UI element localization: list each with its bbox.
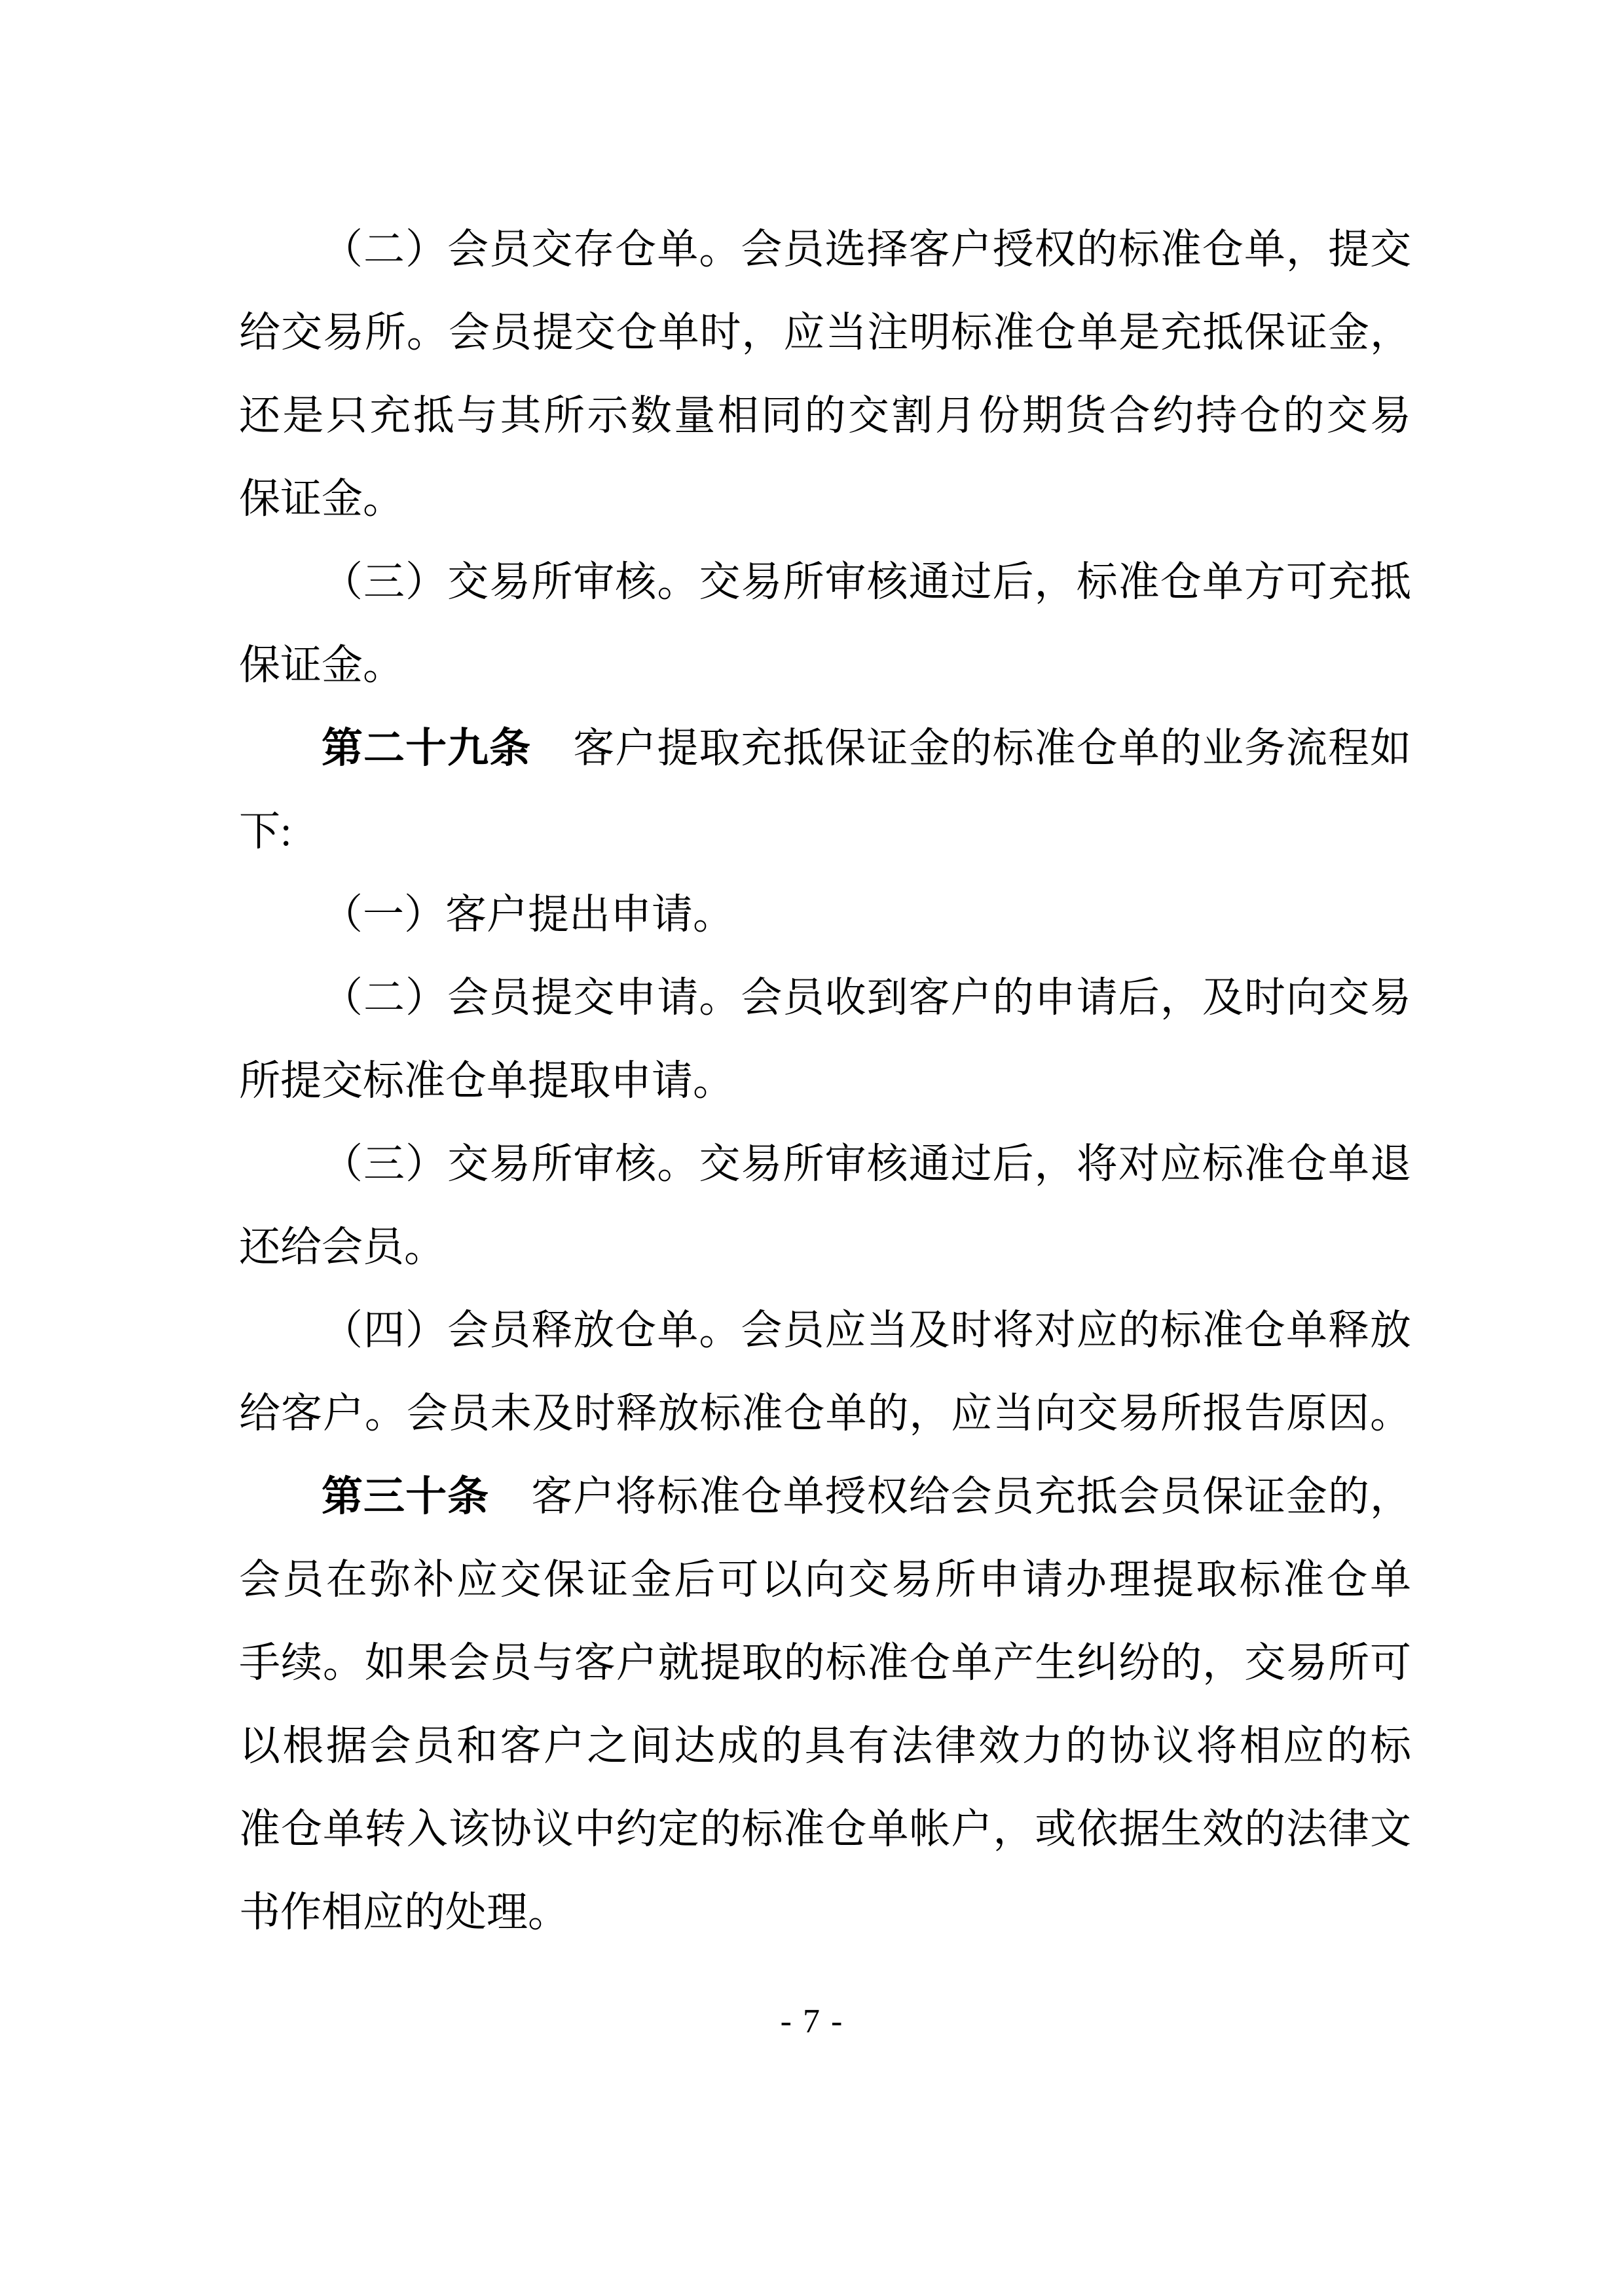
text-segment: 客户将标准仓单授权给会员充抵会员保证金的， (489, 1474, 1411, 1520)
text-line: （三）交易所审核。交易所审核通过后，将对应标准仓单退 (239, 1123, 1411, 1206)
text-segment: （二）会员交存仓单。会员选择客户授权的标准仓单，提交 (322, 227, 1411, 272)
text-line: （三）交易所审核。交易所审核通过后，标准仓单方可充抵 (239, 541, 1411, 624)
text-segment: （四）会员释放仓单。会员应当及时将对应的标准仓单释放 (322, 1307, 1411, 1353)
text-segment: 所提交标准仓单提取申请。 (239, 1058, 734, 1104)
text-line: 保证金。 (239, 458, 1411, 541)
text-segment: （一）客户提出申请。 (322, 892, 734, 938)
text-segment: （二）会员提交申请。会员收到客户的申请后，及时向交易 (322, 975, 1411, 1021)
text-segment: 还是只充抵与其所示数量相同的交割月份期货合约持仓的交易 (239, 393, 1411, 439)
text-line: 手续。如果会员与客户就提取的标准仓单产生纠纷的，交易所可 (239, 1622, 1411, 1705)
text-line: 还是只充抵与其所示数量相同的交割月份期货合约持仓的交易 (239, 374, 1411, 458)
text-segment: 书作相应的处理。 (239, 1889, 569, 1935)
text-segment: 手续。如果会员与客户就提取的标准仓单产生纠纷的，交易所可 (239, 1640, 1411, 1686)
text-segment: （三）交易所审核。交易所审核通过后，标准仓单方可充抵 (322, 559, 1411, 605)
text-segment: 准仓单转入该协议中约定的标准仓单帐户，或依据生效的法律文 (239, 1806, 1411, 1852)
text-line: 下: (239, 790, 1411, 873)
text-segment: 还给会员。 (239, 1224, 445, 1270)
page-number: - 7 - (0, 2002, 1624, 2041)
text-segment: 以根据会员和客户之间达成的具有法律效力的协议将相应的标 (239, 1723, 1411, 1769)
text-line: 会员在弥补应交保证金后可以向交易所申请办理提取标准仓单 (239, 1539, 1411, 1622)
text-line: （二）会员提交申请。会员收到客户的申请后，及时向交易 (239, 957, 1411, 1040)
article-number: 第三十条 (322, 1474, 489, 1520)
article-number: 第二十九条 (322, 725, 531, 771)
text-line: 第三十条 客户将标准仓单授权给会员充抵会员保证金的， (239, 1455, 1411, 1539)
text-segment: 保证金。 (239, 642, 404, 688)
text-segment: 保证金。 (239, 476, 404, 522)
text-line: 所提交标准仓单提取申请。 (239, 1040, 1411, 1123)
text-line: （二）会员交存仓单。会员选择客户授权的标准仓单，提交 (239, 208, 1411, 291)
text-line: （一）客户提出申请。 (239, 873, 1411, 957)
text-segment: 下: (239, 809, 292, 854)
document-body: （二）会员交存仓单。会员选择客户授权的标准仓单，提交给交易所。会员提交仓单时，应… (239, 208, 1411, 1954)
text-segment: 客户提取充抵保证金的标准仓单的业务流程如 (531, 725, 1411, 771)
text-line: 给交易所。会员提交仓单时，应当注明标准仓单是充抵保证金， (239, 291, 1411, 374)
document-page: （二）会员交存仓单。会员选择客户授权的标准仓单，提交给交易所。会员提交仓单时，应… (0, 0, 1624, 2296)
text-segment: 给客户。会员未及时释放标准仓单的，应当向交易所报告原因。 (239, 1391, 1411, 1436)
text-line: （四）会员释放仓单。会员应当及时将对应的标准仓单释放 (239, 1289, 1411, 1372)
text-line: 书作相应的处理。 (239, 1871, 1411, 1954)
text-line: 第二十九条 客户提取充抵保证金的标准仓单的业务流程如 (239, 707, 1411, 790)
text-line: 还给会员。 (239, 1206, 1411, 1289)
text-line: 准仓单转入该协议中约定的标准仓单帐户，或依据生效的法律文 (239, 1788, 1411, 1871)
text-segment: 给交易所。会员提交仓单时，应当注明标准仓单是充抵保证金， (239, 310, 1411, 355)
text-line: 给客户。会员未及时释放标准仓单的，应当向交易所报告原因。 (239, 1372, 1411, 1455)
text-segment: 会员在弥补应交保证金后可以向交易所申请办理提取标准仓单 (239, 1557, 1411, 1603)
text-line: 以根据会员和客户之间达成的具有法律效力的协议将相应的标 (239, 1705, 1411, 1788)
text-line: 保证金。 (239, 624, 1411, 707)
text-segment: （三）交易所审核。交易所审核通过后，将对应标准仓单退 (322, 1141, 1411, 1187)
